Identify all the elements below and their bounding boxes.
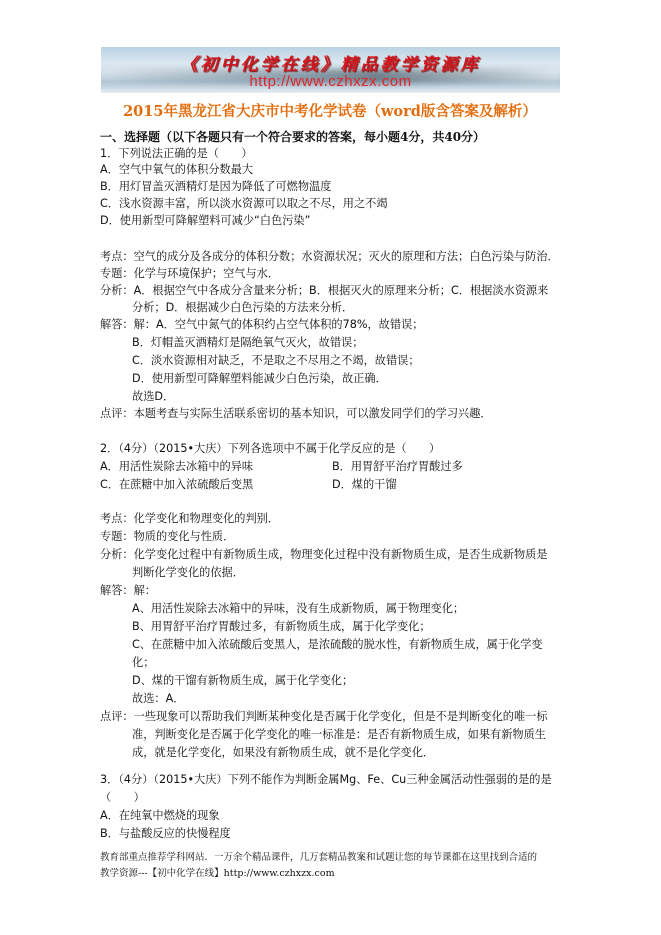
q1-kaodian: 考点：空气的成分及各成分的体积分数；水资源状况；灭火的原理和方法；白色污染与防治…	[100, 249, 559, 265]
q1-fenxi: 分析：A．根据空气中各成分含量来分析；B．根据灭火的原理来分析；C．根据淡水资源…	[100, 283, 548, 299]
q1-option-b: B．用灯冒盖灭酒精灯是因为降低了可燃物温度	[100, 179, 331, 195]
banner-url: http://www.czhxzx.com	[101, 73, 560, 90]
q2-jieda-b: B、用胃舒平治疗胃酸过多，有新物质生成，属于化学变化；	[132, 619, 431, 635]
q1-answer: 故选D．	[132, 389, 174, 405]
q2-option-a: A．用活性炭除去冰箱中的异味	[100, 459, 253, 475]
q2-jieda: 解答：解：	[100, 583, 156, 599]
footer-line-1: 教育部重点推荐学科网站．一万余个精品课件，几万套精品教案和试题让您的每节课都在这…	[100, 850, 565, 866]
q1-jieda-d: D．使用新型可降解塑料能减少白色污染，故正确．	[132, 371, 387, 387]
q1-jieda-c: C．淡水资源相对缺乏，不是取之不尽用之不竭，故错误；	[132, 353, 420, 369]
q2-option-c: C．在蔗糖中加入浓硫酸后变黑	[100, 477, 253, 493]
q1-fenxi-cont: 分析；D．根据减少白色污染的方法来分析．	[132, 300, 353, 316]
footer-line-2: 教学资源---【初中化学在线】http://www.czhxzx.com	[100, 866, 565, 882]
q1-option-c: C．浅水资源丰富，所以淡水资源可以取之不尽，用之不竭	[100, 196, 388, 212]
q1-option-d: D．使用新型可降解塑料可减少“白色污染”	[100, 213, 310, 229]
q2-answer: 故选：A．	[132, 691, 184, 707]
q2-kaodian: 考点：化学变化和物理变化的判别．	[100, 511, 279, 527]
q1-zhuanti: 专题：化学与环境保护；空气与水．	[100, 266, 279, 282]
q2-fenxi: 分析：化学变化过程中有新物质生成，物理变化过程中没有新物质生成，是否生成新物质是	[100, 547, 548, 563]
q2-jieda-c-cont: 化；	[132, 655, 154, 671]
q2-jieda-a: A、用活性炭除去冰箱中的异味，没有生成新物质，属于物理变化；	[132, 601, 464, 617]
q2-jieda-d: D、煤的干馏有新物质生成，属于化学变化；	[132, 673, 353, 689]
banner-title: 《初中化学在线》精品教学资源库	[101, 50, 560, 75]
page-footer: 教育部重点推荐学科网站．一万余个精品课件，几万套精品教案和试题让您的每节课都在这…	[100, 850, 565, 882]
q2-dianping: 点评：一些现象可以帮助我们判断某种变化是否属于化学变化，但是不是判断变化的唯一标	[100, 709, 548, 725]
q3-option-a: A．在纯氧中燃烧的现象	[100, 808, 220, 824]
q2-jieda-c: C、在蔗糖中加入浓硫酸后变黑人，是浓硫酸的脱水性，有新物质生成，属于化学变	[132, 637, 543, 653]
q2-zhuanti: 专题：物质的变化与性质．	[100, 529, 234, 545]
section-heading: 一、选择题（以下各题只有一个符合要求的答案，每小题4分，共40分）	[100, 128, 485, 145]
q1-dianping: 点评：本题考查与实际生活联系密切的基本知识，可以激发同学们的学习兴趣．	[100, 406, 492, 422]
header-banner: 《初中化学在线》精品教学资源库 http://www.czhxzx.com	[101, 47, 560, 93]
q2-dianping-2: 准，判断变化是否属于化学变化的唯一标准是：是否有新物质生成，如果有新物质生	[132, 727, 546, 743]
q1-option-a: A．空气中氧气的体积分数最大	[100, 162, 253, 178]
q3-option-b: B．与盐酸反应的快慢程度	[100, 826, 231, 842]
q2-option-d: D．煤的干馏	[332, 477, 397, 493]
q3-stem-cont: （ ）	[100, 790, 145, 806]
q1-jieda: 解答：解：A．空气中氮气的体积约占空气体积的78%，故错误；	[100, 317, 423, 333]
q1-stem: 1．下列说法正确的是（ ）	[100, 146, 253, 162]
q2-dianping-3: 成，就是化学变化，如果没有新物质生成，就不是化学变化．	[132, 745, 434, 761]
q2-option-b: B．用胃舒平治疗胃酸过多	[332, 459, 463, 475]
q2-fenxi-cont: 判断化学变化的依据．	[132, 565, 244, 581]
q1-jieda-b: B．灯帽盖灭酒精灯是隔绝氧气灭火，故错误；	[132, 335, 363, 351]
document-title: 2015年黑龙江省大庆市中考化学试卷（word版含答案及解析）	[100, 100, 560, 121]
q3-stem: 3．（4分）（2015•大庆）下列不能作为判断金属Mg、Fe、Cu三种金属活动性…	[100, 772, 552, 788]
q2-stem: 2．（4分）（2015•大庆）下列各选项中不属于化学反应的是（ ）	[100, 441, 440, 457]
